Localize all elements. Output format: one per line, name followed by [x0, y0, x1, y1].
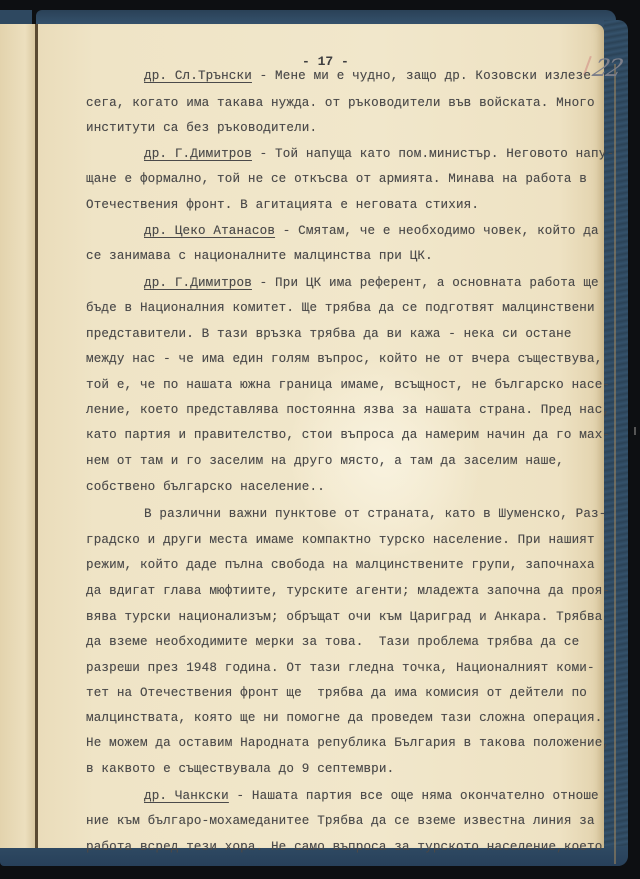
typed-line: др. Г.Димитров - При ЦК има референт, а … [144, 275, 599, 291]
typed-line: ление, което представлява постоянна язва… [86, 402, 610, 418]
line-text: - Смятам, че е необходимо човек, който д… [275, 224, 599, 238]
typed-line: представители. В тази връзка трябва да в… [86, 326, 572, 342]
speaker-name: др. Чанкски [144, 789, 229, 803]
typed-line: собствено българско население.. [86, 479, 325, 495]
line-text: между нас - че има един голям въпрос, ко… [86, 352, 602, 366]
line-text: собствено българско население.. [86, 480, 325, 494]
page-number: - 17 - [302, 54, 349, 69]
typed-line: разреши през 1948 година. От тази гледна… [86, 660, 595, 676]
line-text: вява турски национализъм; обръщат очи къ… [86, 610, 602, 624]
typed-line: да вдигат глава мюфтиите, турските агент… [86, 583, 610, 599]
typed-line: др. Сл.Трънски - Мене ми е чудно, защо д… [144, 68, 591, 84]
typed-line: Не можем да оставим Народната република … [86, 735, 610, 751]
line-text: да вземе необходимите мерки за това. Таз… [86, 635, 579, 649]
line-text: да вдигат глава мюфтиите, турските агент… [86, 584, 610, 598]
typed-line: вява турски национализъм; обръщат очи къ… [86, 609, 602, 625]
typed-line: тет на Отечествения фронт ще трябва да и… [86, 685, 587, 701]
typed-line: се занимава с националните малцинства пр… [86, 248, 433, 264]
typed-line: градско и други места имаме компактно ту… [86, 532, 595, 548]
line-text: институти са без ръководители. [86, 121, 317, 135]
line-text: тет на Отечествения фронт ще трябва да и… [86, 686, 587, 700]
typed-line: между нас - че има един голям въпрос, ко… [86, 351, 602, 367]
speaker-name: др. Цеко Атанасов [144, 224, 275, 238]
line-text: режим, който даде пълна свобода на малци… [86, 558, 595, 572]
typed-line: В различни важни пунктове от страната, к… [144, 506, 606, 522]
line-text: градско и други места имаме компактно ту… [86, 533, 595, 547]
typed-line: малцинствата, която ще ни помогне да про… [86, 710, 602, 726]
typed-line: Отечествения фронт. В агитацията е негов… [86, 197, 479, 213]
previous-page-strip [0, 24, 36, 848]
line-text: работа всред тези хора. Не само въпроса … [86, 840, 602, 854]
folder-edge-top-left [0, 10, 32, 24]
line-text: разреши през 1948 година. От тази гледна… [86, 661, 595, 675]
typed-line: да вземе необходимите мерки за това. Таз… [86, 634, 579, 650]
typed-line: др. Г.Димитров - Той напуща като пом.мин… [144, 146, 614, 162]
typed-line: режим, който даде пълна свобода на малци… [86, 557, 595, 573]
margin-mark [634, 427, 636, 435]
line-text: - Нашата партия все още няма окончателно… [229, 789, 599, 803]
speaker-name: др. Сл.Трънски [144, 69, 252, 83]
line-text: щане е формално, той не се откъсва от ар… [86, 172, 587, 186]
line-text: Отечествения фронт. В агитацията е негов… [86, 198, 479, 212]
line-text: се занимава с националните малцинства пр… [86, 249, 433, 263]
line-text: сега, когато има такава нужда. от ръково… [86, 96, 595, 110]
document-page: - 17 - 22 др. Сл.Трънски - Мене ми е чуд… [38, 24, 604, 848]
typed-line: нем от там и го заселим на друго място, … [86, 453, 564, 469]
typed-line: др. Цеко Атанасов - Смятам, че е необход… [144, 223, 599, 239]
line-text: Не можем да оставим Народната република … [86, 736, 610, 750]
speaker-name: др. Г.Димитров [144, 276, 252, 290]
typed-line: сега, когато има такава нужда. от ръково… [86, 95, 595, 111]
typed-line: работа всред тези хора. Не само въпроса … [86, 839, 602, 855]
typed-line: в каквото е съществувала до 9 септември. [86, 761, 394, 777]
line-text: като партия и правителство, стои въпроса… [86, 428, 610, 442]
typed-line: той е, че по нашата южна граница имаме, … [86, 377, 610, 393]
typed-line: др. Чанкски - Нашата партия все още няма… [144, 788, 599, 804]
typed-line: щане е формално, той не се откъсва от ар… [86, 171, 587, 187]
typed-line: институти са без ръководители. [86, 120, 317, 136]
line-text: - Мене ми е чудно, защо др. Козовски изл… [252, 69, 591, 83]
typed-line: ние към българо-мохамеданитее Трябва да … [86, 813, 595, 829]
line-text: представители. В тази връзка трябва да в… [86, 327, 572, 341]
scanned-document: - 17 - 22 др. Сл.Трънски - Мене ми е чуд… [0, 0, 640, 879]
line-text: ление, което представлява постоянна язва… [86, 403, 610, 417]
line-text: - Той напуща като пом.министър. Неговото… [252, 147, 614, 161]
line-text: бъде в Националния комитет. Ще трябва да… [86, 301, 595, 315]
line-text: ние към българо-мохамеданитее Трябва да … [86, 814, 595, 828]
typed-line: бъде в Националния комитет. Ще трябва да… [86, 300, 595, 316]
line-text: - При ЦК има референт, а основната работ… [252, 276, 599, 290]
line-text: В различни важни пунктове от страната, к… [144, 507, 606, 521]
page-edge [614, 64, 616, 864]
line-text: малцинствата, която ще ни помогне да про… [86, 711, 602, 725]
speaker-name: др. Г.Димитров [144, 147, 252, 161]
line-text: нем от там и го заселим на друго място, … [86, 454, 564, 468]
line-text: в каквото е съществувала до 9 септември. [86, 762, 394, 776]
typed-line: като партия и правителство, стои въпроса… [86, 427, 610, 443]
line-text: той е, че по нашата южна граница имаме, … [86, 378, 610, 392]
